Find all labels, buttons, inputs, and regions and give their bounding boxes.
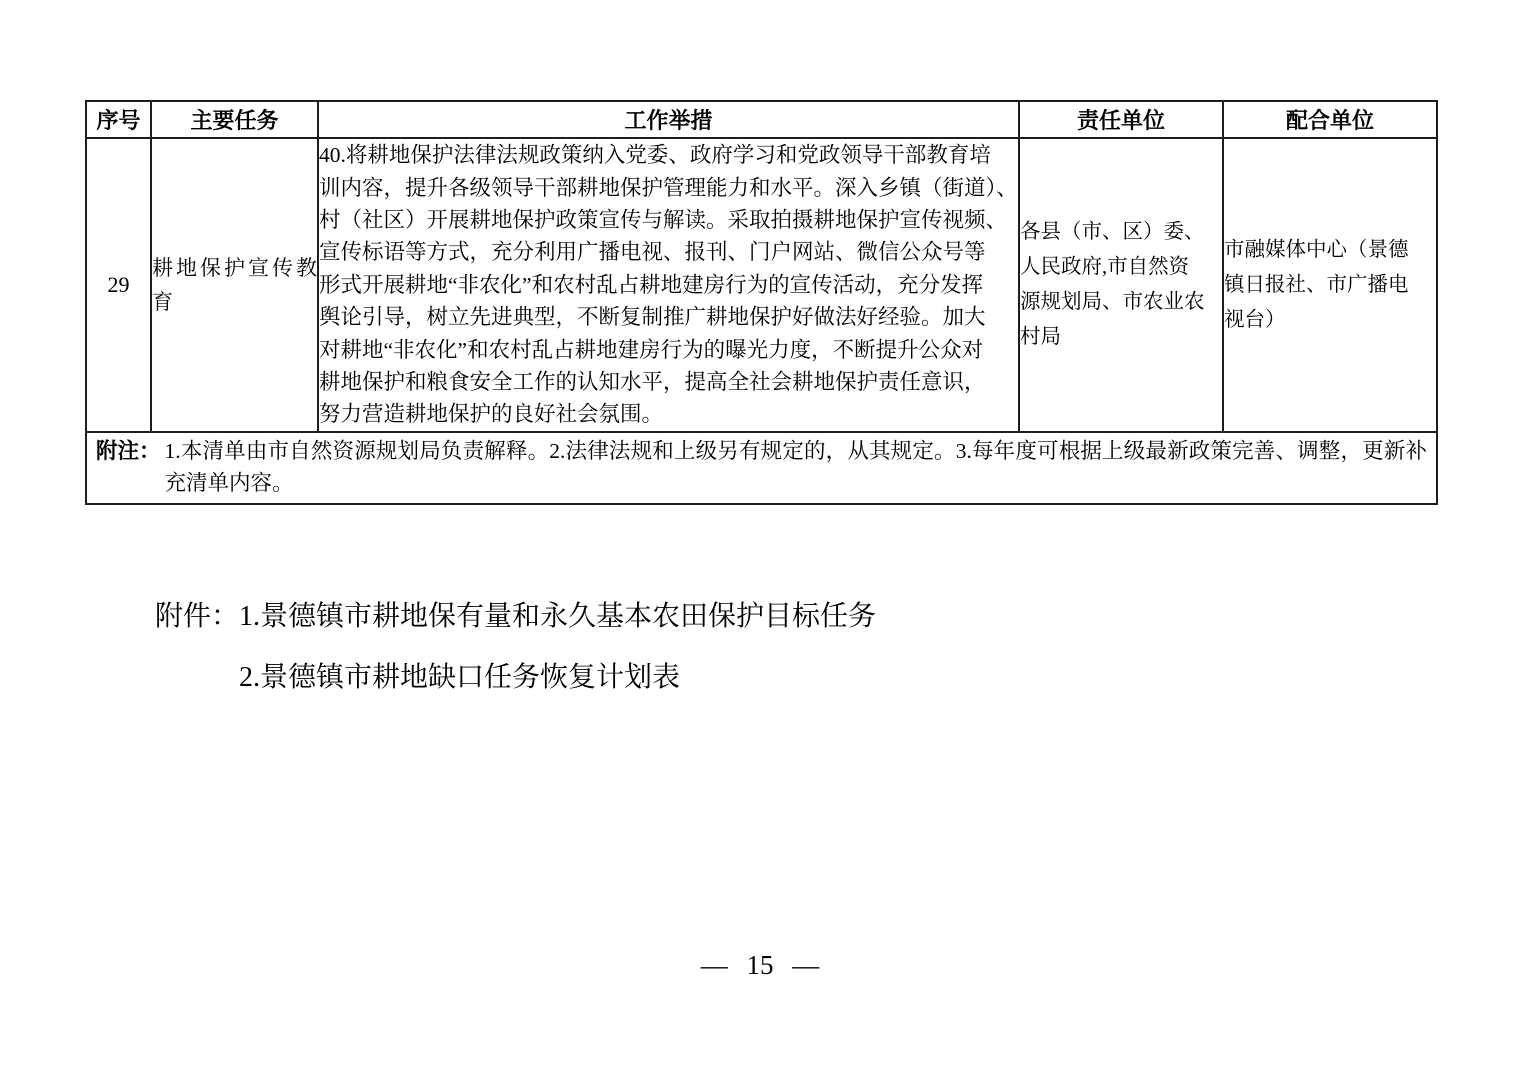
column-header-responsible: 责任单位 (1019, 101, 1223, 138)
row-number-cell: 29 (86, 138, 151, 432)
task-table: 序号 主要任务 工作举措 责任单位 配合单位 29 耕地保护宣传教育 40.将耕… (85, 100, 1438, 505)
attachment-item: 2.景德镇市耕地缺口任务恢复计划表 (239, 659, 876, 697)
cooperating-unit-cell: 市融媒体中心（景德 镇日报社、市广播电 视台） (1223, 138, 1437, 432)
cooperating-unit-text: 市融媒体中心（景德 镇日报社、市广播电 视台） (1224, 233, 1436, 338)
note-text: 1.本清单由市自然资源规划局负责解释。2.法律法规和上级另有规定的，从其规定。3… (165, 435, 1427, 499)
attachments-label: 附件： (155, 598, 239, 636)
document-page: 序号 主要任务 工作举措 责任单位 配合单位 29 耕地保护宣传教育 40.将耕… (0, 0, 1520, 1074)
column-header-no: 序号 (86, 101, 151, 138)
table-row: 29 耕地保护宣传教育 40.将耕地保护法律法规政策纳入党委、政府学习和党政领导… (86, 138, 1437, 432)
work-measures-text: 40.将耕地保护法律法规政策纳入党委、政府学习和党政领导干部教育培 训内容，提升… (319, 139, 1018, 431)
column-header-measures: 工作举措 (318, 101, 1019, 138)
page-number: — 15 — (0, 950, 1520, 981)
attachments-list: 1.景德镇市耕地保有量和永久基本农田保护目标任务 2.景德镇市耕地缺口任务恢复计… (239, 598, 876, 720)
attachment-item: 1.景德镇市耕地保有量和永久基本农田保护目标任务 (239, 598, 876, 636)
column-header-task: 主要任务 (151, 101, 318, 138)
main-task-cell: 耕地保护宣传教育 (151, 138, 318, 432)
table-header-row: 序号 主要任务 工作举措 责任单位 配合单位 (86, 101, 1437, 138)
main-task-text: 耕地保护宣传教育 (152, 251, 317, 319)
column-header-cooperating: 配合单位 (1223, 101, 1437, 138)
work-measures-cell: 40.将耕地保护法律法规政策纳入党委、政府学习和党政领导干部教育培 训内容，提升… (318, 138, 1019, 432)
note-label: 附注： (96, 435, 161, 467)
responsible-unit-cell: 各县（市、区）委、 人民政府,市自然资 源规划局、市农业农 村局 (1019, 138, 1223, 432)
responsible-unit-text: 各县（市、区）委、 人民政府,市自然资 源规划局、市农业农 村局 (1020, 215, 1222, 355)
attachments-block: 附件： 1.景德镇市耕地保有量和永久基本农田保护目标任务 2.景德镇市耕地缺口任… (155, 598, 876, 720)
note-row: 附注： 1.本清单由市自然资源规划局负责解释。2.法律法规和上级另有规定的，从其… (86, 432, 1437, 504)
note-cell: 附注： 1.本清单由市自然资源规划局负责解释。2.法律法规和上级另有规定的，从其… (86, 432, 1437, 504)
